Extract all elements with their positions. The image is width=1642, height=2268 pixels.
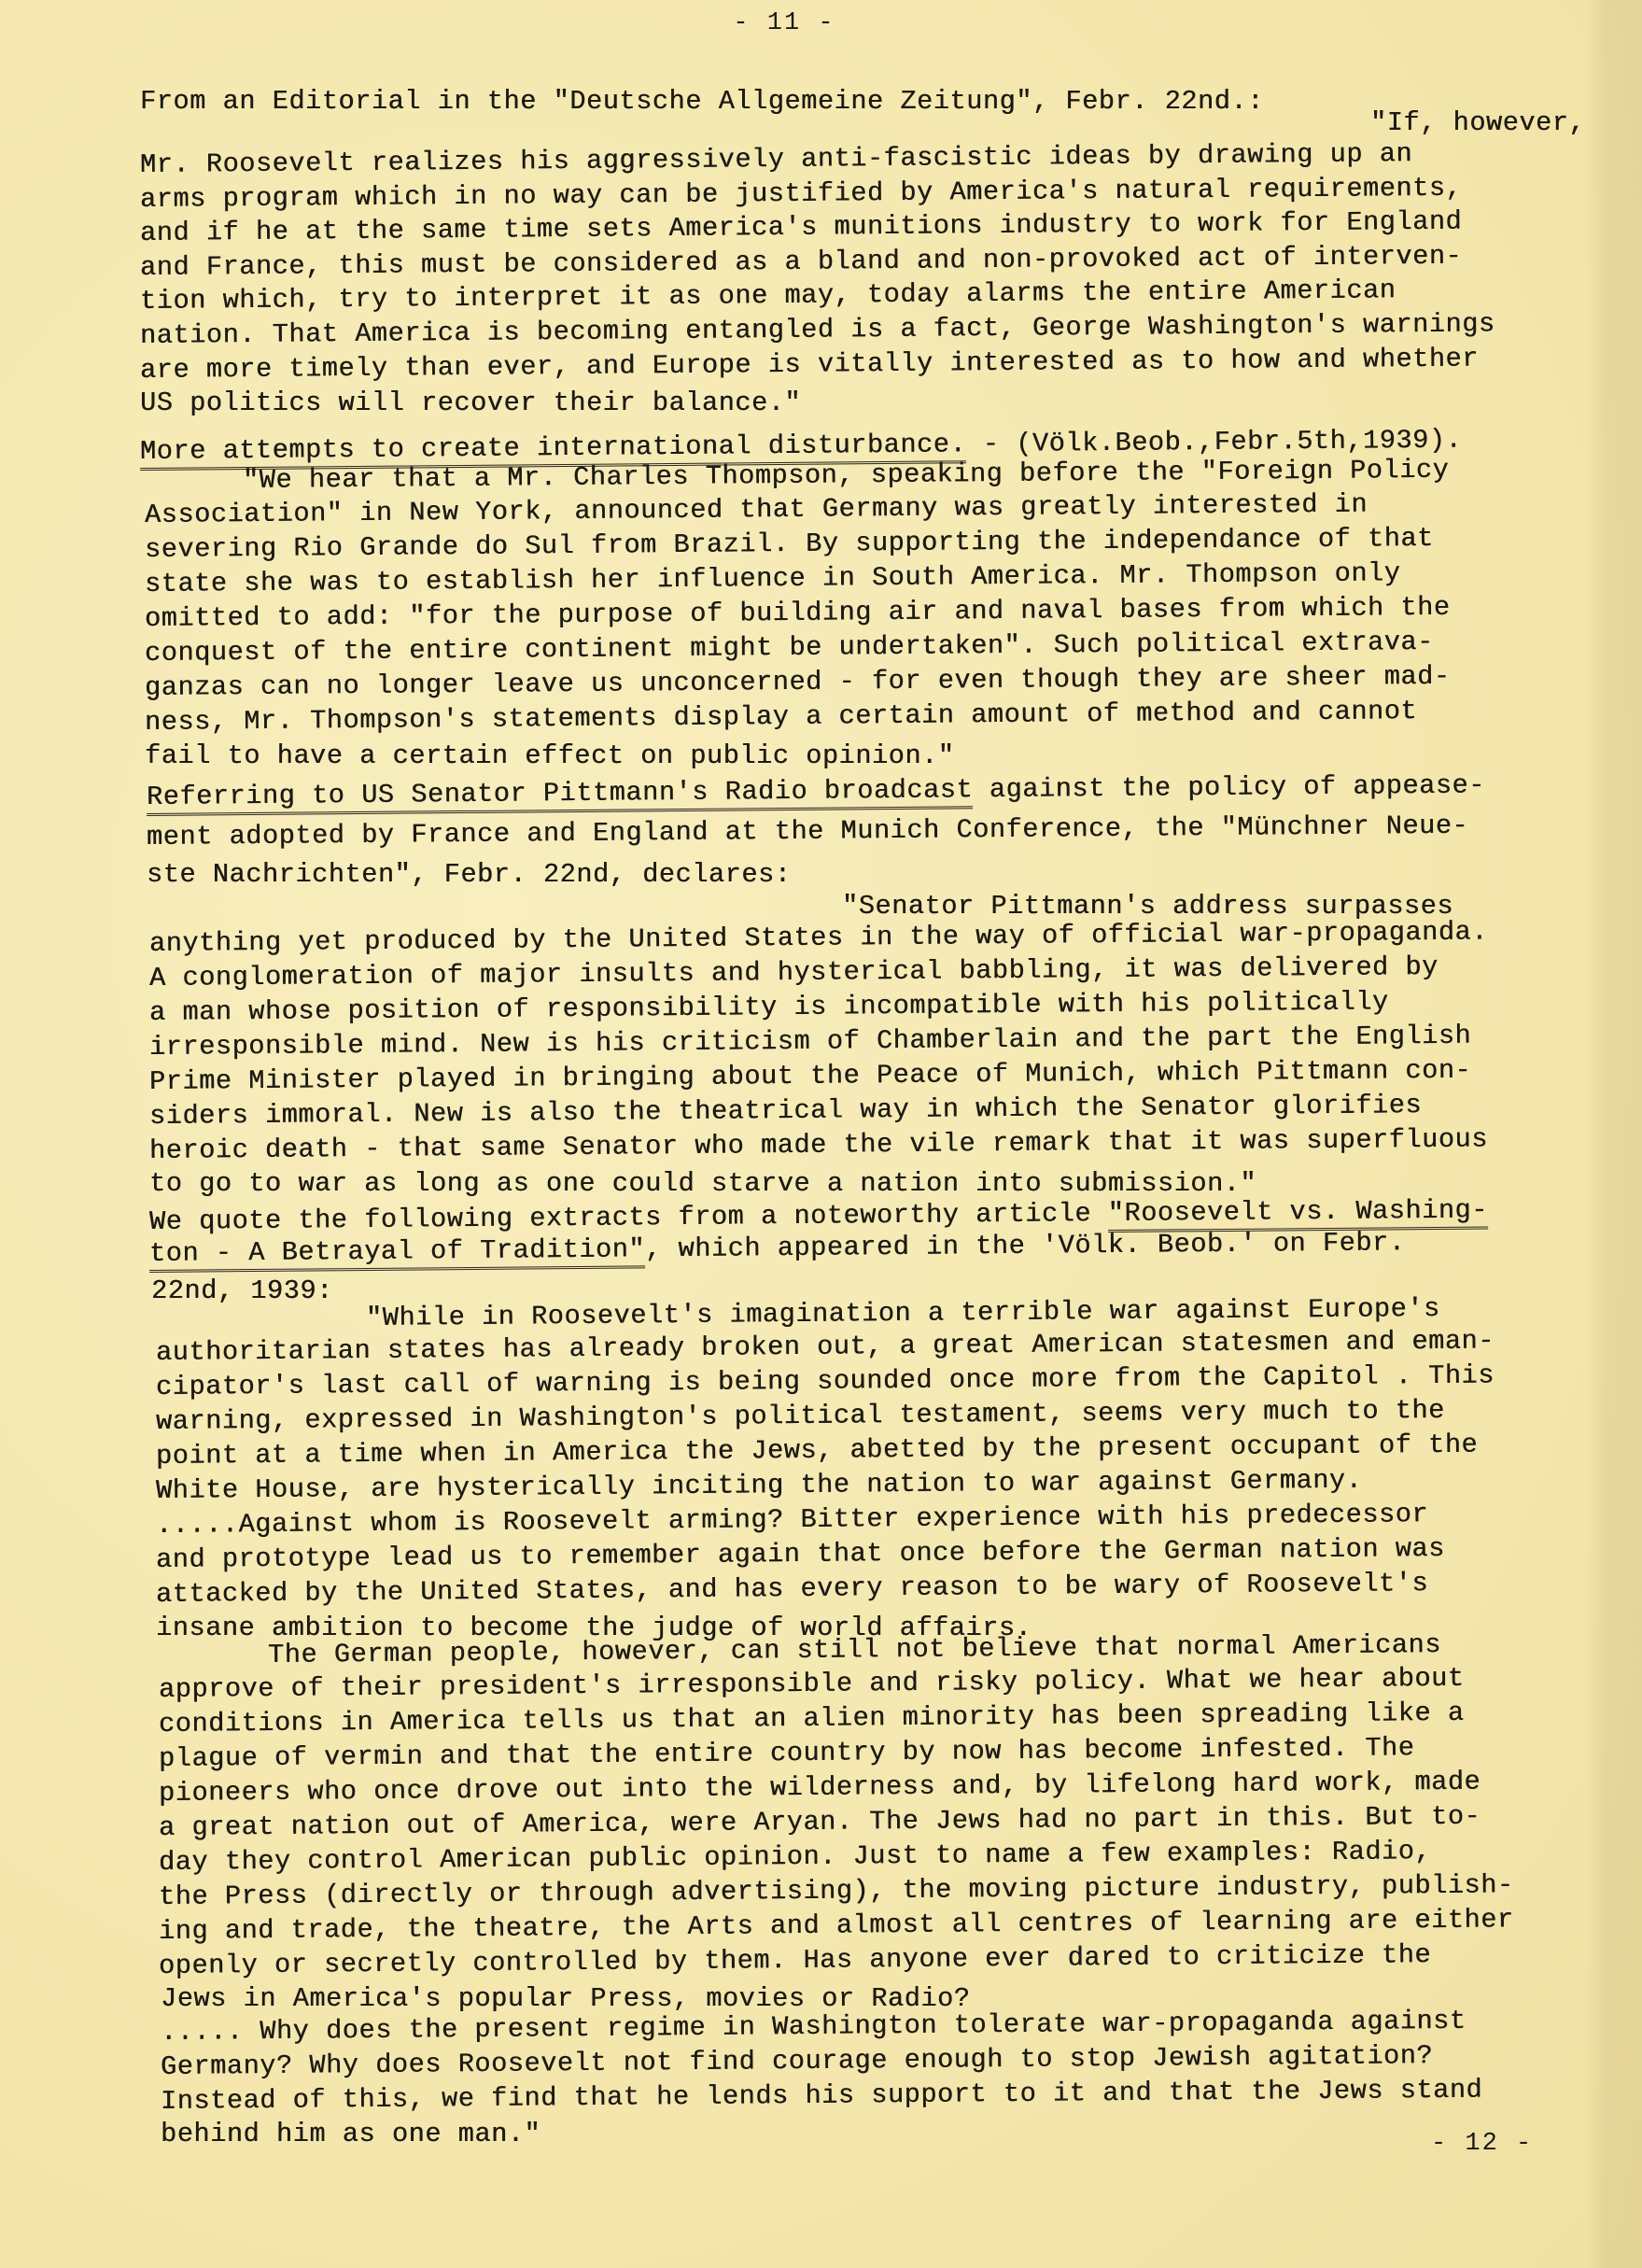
heading-rest: against the policy of appease- (973, 769, 1485, 805)
section-heading: Referring to US Senator Pittmann's Radio… (147, 769, 1485, 813)
heading-underlined: Referring to US Senator Pittmann's Radio… (147, 774, 973, 816)
article-title-underlined: ton - A Betrayal of Tradition" (149, 1233, 645, 1273)
text-line: ment adopted by France and England at th… (147, 810, 1468, 853)
page-number-top: - 11 - (0, 9, 1568, 37)
date-line: 22nd, 1939: (151, 1275, 333, 1307)
document-page: - 11 - From an Editorial in the "Deutsch… (0, 0, 1642, 2268)
article-title-underlined: "Roosevelt vs. Washing- (1108, 1194, 1488, 1233)
quote-line: "If, however, (1370, 107, 1585, 139)
quote-line: fail to have a certain effect on public … (145, 740, 954, 772)
section-heading: From an Editorial in the "Deutsche Allge… (140, 86, 1264, 118)
text-line: ste Nachrichten", Febr. 22nd, declares: (147, 859, 791, 891)
page-number-bottom: - 12 - (1431, 2130, 1533, 2158)
quote-line: to go to war as long as one could starve… (149, 1168, 1256, 1200)
quote-line: US politics will recover their balance." (140, 387, 801, 419)
quote-line: behind him as one man." (161, 2119, 540, 2150)
intro-rest: , which appeared in the 'Völk. Beob.' on… (645, 1227, 1406, 1264)
